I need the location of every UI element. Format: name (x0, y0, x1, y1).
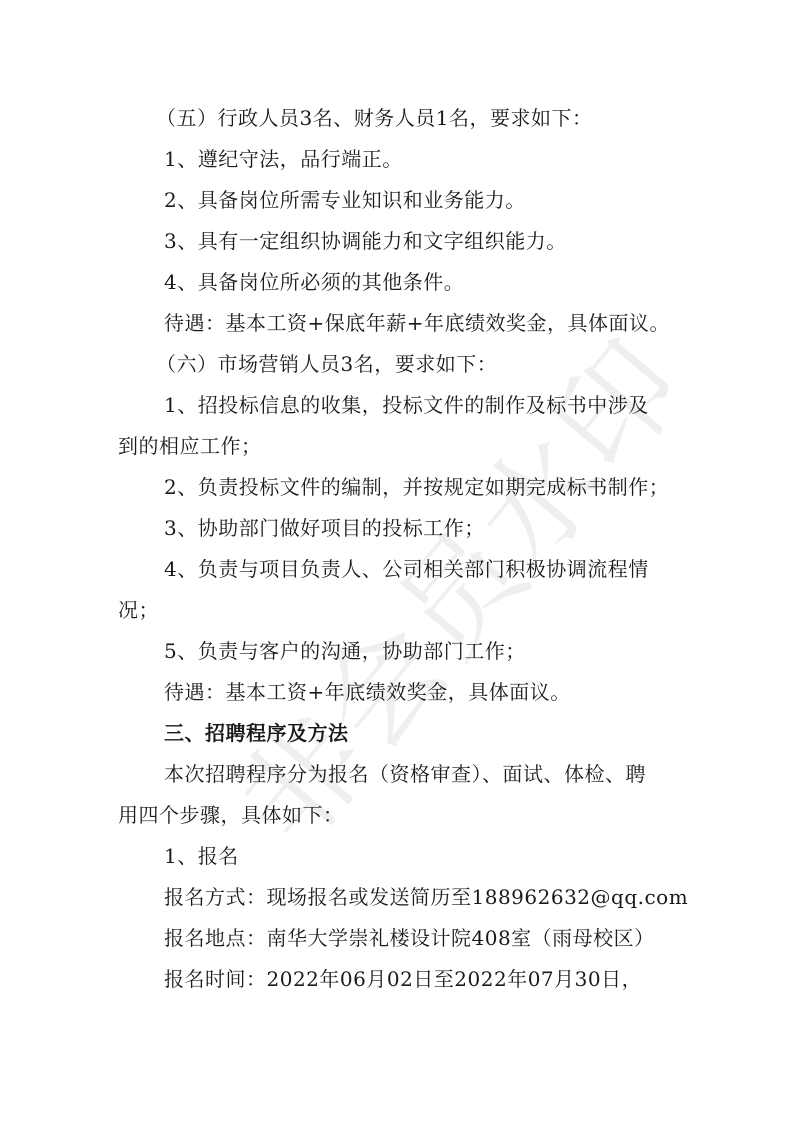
requirement-item: 3、具有一定组织协调能力和文字组织能力。 (118, 221, 678, 262)
document-page: （五）行政人员3名、财务人员1名，要求如下： 1、遵纪守法，品行端正。 2、具备… (118, 98, 678, 1000)
requirement-item: 4、具备岗位所必须的其他条件。 (118, 262, 678, 303)
step-heading-registration: 1、报名 (118, 836, 678, 877)
requirement-item: 1、遵纪守法，品行端正。 (118, 139, 678, 180)
compensation-text: 待遇：基本工资+保底年薪+年底绩效奖金，具体面议。 (118, 303, 678, 344)
requirement-item: 2、具备岗位所需专业知识和业务能力。 (118, 180, 678, 221)
registration-method: 报名方式：现场报名或发送简历至188962632@qq.com (118, 877, 678, 918)
requirement-item: 2、负责投标文件的编制，并按规定如期完成标书制作； (118, 467, 678, 508)
compensation-text: 待遇：基本工资+年底绩效奖金，具体面议。 (118, 672, 678, 713)
requirement-item: 4、负责与项目负责人、公司相关部门积极协调流程情 (118, 549, 678, 590)
requirement-item: 3、协助部门做好项目的投标工作； (118, 508, 678, 549)
requirement-item: 5、负责与客户的沟通，协助部门工作； (118, 631, 678, 672)
registration-location: 报名地点：南华大学崇礼楼设计院408室（雨母校区） (118, 918, 678, 959)
section-heading-marketing: （六）市场营销人员3名，要求如下： (118, 344, 678, 385)
requirement-item: 1、招投标信息的收集，投标文件的制作及标书中涉及 (118, 385, 678, 426)
requirement-item-continuation: 到的相应工作； (118, 426, 678, 467)
paragraph-text: 本次招聘程序分为报名（资格审查）、面试、体检、聘 (118, 754, 678, 795)
section-heading-admin-finance: （五）行政人员3名、财务人员1名，要求如下： (118, 98, 678, 139)
registration-time: 报名时间：2022年06月02日至2022年07月30日， (118, 959, 678, 1000)
requirement-item-continuation: 况； (118, 590, 678, 631)
section-heading-recruitment-procedure: 三、招聘程序及方法 (118, 713, 678, 754)
paragraph-text-continuation: 用四个步骤，具体如下： (118, 795, 678, 836)
